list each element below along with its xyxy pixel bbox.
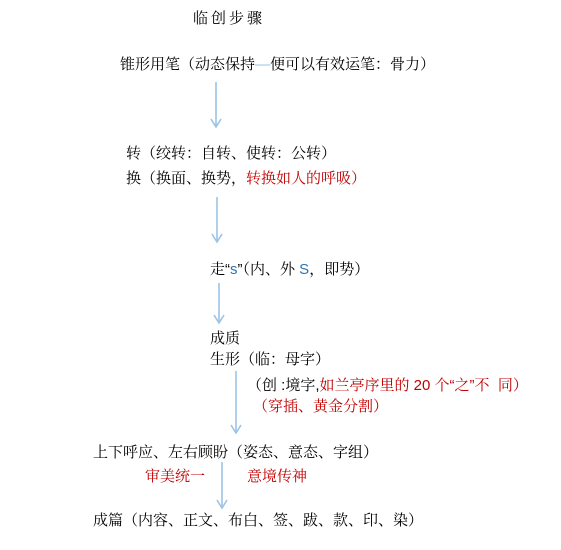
- step-brush-text-pre: 锥形用笔（动态保持: [120, 56, 255, 73]
- step-echo-line: 上下呼应、左右顾盼（姿态、意态、字组）: [93, 444, 378, 461]
- step-change-text-black: 换（换面、换势，: [126, 170, 246, 187]
- step-creation-text-black: （创 :境字,: [247, 377, 320, 394]
- step-s-seg3: ，即势）: [309, 261, 369, 278]
- aesthetic-unity-label: 审美统一: [145, 468, 205, 485]
- step-turn-line: 转（绞转：自转、使转：公转）: [126, 145, 336, 162]
- step-brush-line: 锥形用笔（动态保持—便可以有效运笔：骨力）: [120, 56, 435, 73]
- down-arrow-icon-3: [212, 283, 226, 324]
- step-creation-text-red: 如兰亭序里的 20 个“之”不 同）: [320, 377, 528, 394]
- down-arrow-icon-1: [209, 82, 223, 128]
- down-arrow-icon-2: [210, 197, 224, 243]
- step-shape-line: 生形（临：母字）: [210, 351, 330, 368]
- page-title: 临创步骤: [193, 10, 265, 27]
- step-quality-line: 成质: [210, 330, 240, 347]
- step-change-text-red: 转换如人的呼吸）: [246, 170, 366, 187]
- step-change-line: 换（换面、换势，转换如人的呼吸）: [126, 170, 366, 187]
- down-arrow-icon-4: [229, 371, 243, 434]
- step-s-seg2: ”（内、外: [238, 261, 300, 278]
- step-s-seg1: 走“: [210, 261, 230, 278]
- step-composition-line: 成篇（内容、正文、布白、签、跋、款、印、染）: [93, 512, 423, 529]
- flowchart-page: 临创步骤 锥形用笔（动态保持—便可以有效运笔：骨力） 转（绞转：自转、使转：公转…: [0, 0, 561, 550]
- s-lowercase-highlight: s: [230, 261, 238, 278]
- step-interleave-line: （穿插、黄金分割）: [253, 398, 388, 415]
- step-s-line: 走“s”（内、外 S，即势）: [210, 261, 369, 278]
- step-creation-line: （创 :境字,如兰亭序里的 20 个“之”不 同）: [247, 377, 528, 394]
- artistic-spirit-label: 意境传神: [247, 468, 307, 485]
- step-brush-text-post: 便可以有效运笔：骨力）: [270, 56, 435, 73]
- down-arrow-icon-5: [215, 462, 229, 509]
- dash-highlight: —: [255, 56, 270, 73]
- s-uppercase-highlight: S: [299, 261, 309, 278]
